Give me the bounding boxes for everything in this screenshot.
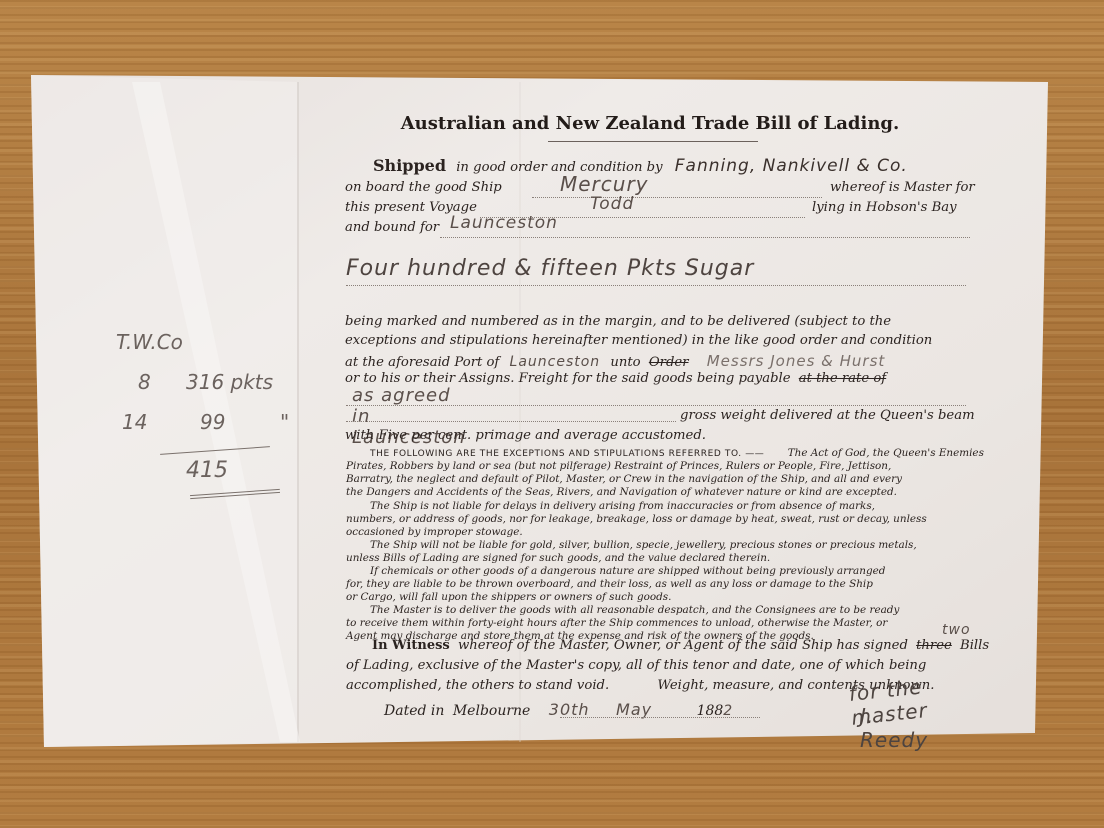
exceptions-heading: The following are the exceptions and sti… [370, 449, 764, 459]
witness-lead: In Witness [372, 638, 450, 653]
shipper-name: Fanning, Nankivell & Co. [675, 156, 908, 176]
witness-line-1: In Witness whereof of the Master, Owner,… [372, 638, 989, 653]
delivery-line-2: exceptions and stipulations hereinafter … [345, 333, 932, 348]
dated-label: Dated in [384, 703, 444, 719]
exceptions-line-13: The Master is to deliver the goods with … [370, 604, 899, 616]
dated-place: Melbourne [453, 703, 531, 719]
witness-void: accomplished, the others to stand void. [346, 678, 609, 693]
signature-name: J. Reedy [860, 704, 928, 752]
lying-label: lying in Hobson's Bay [812, 200, 957, 215]
delivery-line-6: with Five per cent. primage and average … [345, 428, 706, 443]
exceptions-line-3: Barratry, the neglect and default of Pil… [346, 473, 902, 485]
goods-description: Four hundred & fifteen Pkts Sugar [346, 256, 754, 281]
exceptions-line-10: If chemicals or other goods of a dangero… [370, 565, 885, 577]
title-underline [548, 141, 758, 142]
master-name: Todd [590, 194, 634, 214]
document-title: Australian and New Zealand Trade Bill of… [300, 113, 1000, 134]
freight-fill [346, 404, 966, 406]
witness-line-3: accomplished, the others to stand void. … [346, 678, 934, 693]
order-struck: Order [649, 355, 689, 370]
shipped-lead: Shipped [373, 156, 446, 175]
margin-row2-qty: 99 [200, 410, 225, 434]
freight-label: or to his or their Assigns. Freight for … [345, 371, 791, 386]
margin-row2-ditto: " [280, 410, 289, 434]
delivery-line-3: at the aforesaid Port of Launceston unto… [345, 352, 885, 370]
exceptions-line-14: to receive them within forty-eight hours… [346, 617, 887, 629]
weight-fill [346, 420, 676, 422]
master-label: whereof is Master for [830, 180, 975, 195]
witness-text: whereof of the Master, Owner, or Agent o… [458, 638, 908, 653]
port-label: at the aforesaid Port of [345, 355, 499, 370]
rate-struck: at the rate of [799, 371, 886, 386]
exceptions-line-11: for, they are liable to be thrown overbo… [346, 578, 873, 590]
shipped-line-2: on board the good Ship [345, 180, 502, 195]
margin-row1-num: 8 [138, 370, 151, 394]
delivery-line-1: being marked and numbered as in the marg… [345, 314, 891, 329]
bills-count-struck: three [916, 638, 952, 653]
exceptions-line-12: or Cargo, will fall upon the shippers or… [346, 591, 671, 603]
delivery-line-4: or to his or their Assigns. Freight for … [345, 371, 886, 386]
exceptions-line-6: numbers, or address of goods, nor for le… [346, 513, 927, 525]
destination-fill [440, 236, 970, 238]
destination: Launceston [450, 213, 558, 233]
bills-count-written: two [942, 622, 971, 638]
unto-label: unto [610, 355, 640, 370]
margin-total-underline [190, 489, 280, 499]
date-fill [560, 716, 760, 718]
margin-total: 415 [186, 458, 228, 483]
witness-line-2: of Lading, exclusive of the Master's cop… [346, 658, 926, 673]
exceptions-line-7: occasioned by improper stowage. [346, 526, 523, 538]
exceptions-line-4: the Dangers and Accidents of the Seas, R… [346, 486, 897, 498]
goods-fill [346, 284, 966, 286]
margin-mark: T.W.Co [116, 330, 183, 354]
exceptions-line-1: The following are the exceptions and sti… [370, 447, 984, 459]
bound-label: and bound for [345, 220, 439, 235]
margin-row1-qty: 316 pkts [186, 370, 273, 394]
exceptions-line-9: unless Bills of Lading are signed for su… [346, 552, 770, 564]
exceptions-line-8: The Ship will not be liable for gold, si… [370, 539, 917, 551]
consignee: Messrs Jones & Hurst [707, 352, 886, 370]
ship-name-fill [532, 196, 822, 198]
margin-sum-line [160, 446, 270, 455]
ship-label: on board the good Ship [345, 180, 502, 195]
exceptions-line-5: The Ship is not liable for delays in del… [370, 500, 875, 512]
exceptions-p1-start: The Act of God, the Queen's Enemies [788, 447, 984, 459]
exceptions-line-2: Pirates, Robbers by land or sea (but not… [346, 460, 891, 472]
ship-name: Mercury [560, 172, 649, 196]
bills-label: Bills [960, 638, 989, 653]
delivery-line-5: gross weight delivered at the Queen's be… [680, 408, 975, 423]
delivery-port: Launceston [510, 354, 601, 370]
margin-row2-num: 14 [122, 410, 147, 434]
